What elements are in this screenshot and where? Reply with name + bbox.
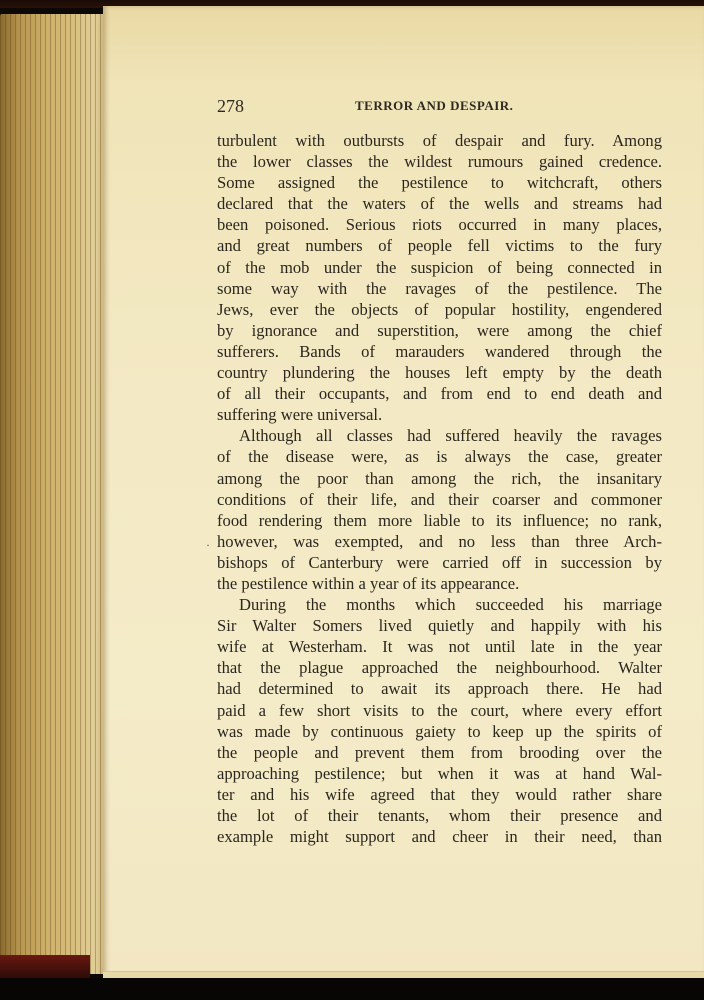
text-line: of the mob under the suspicion of being … [217,257,662,278]
text-line: and great numbers of people fell victims… [217,235,662,256]
text-line: been poisoned. Serious riots occurred in… [217,214,662,235]
book-page-edges [0,14,104,974]
text-line: During the months which succeeded his ma… [217,594,662,615]
text-line: Some assigned the pestilence to witchcra… [217,172,662,193]
page-header: 278 TERROR AND DESPAIR. [217,96,661,118]
text-line: of the disease were, as is always the ca… [217,446,662,467]
text-line: conditions of their life, and their coar… [217,489,662,510]
running-head: TERROR AND DESPAIR. [355,98,513,114]
text-line: was made by continuous gaiety to keep up… [217,721,662,742]
page-number: 278 [217,96,244,117]
body-text: turbulent with outbursts of despair and … [217,130,662,847]
text-line: the pestilence within a year of its appe… [217,573,662,594]
text-line: among the poor than among the rich, the … [217,468,662,489]
text-line: the lot of their tenants, whom their pre… [217,805,662,826]
text-line: some way with the ravages of the pestile… [217,278,662,299]
text-line: by ignorance and superstition, were amon… [217,320,662,341]
margin-mark: · [206,538,210,553]
text-line: of all their occupants, and from end to … [217,383,662,404]
text-line: country plundering the houses left empty… [217,362,662,383]
text-line: the people and prevent them from broodin… [217,742,662,763]
text-line: turbulent with outbursts of despair and … [217,130,662,151]
text-line: wife at Westerham. It was not until late… [217,636,662,657]
text-line: suffering were universal. [217,404,662,425]
text-line: paid a few short visits to the court, wh… [217,700,662,721]
text-line: bishops of Canterbury were carried off i… [217,552,662,573]
text-line: had determined to await its approach the… [217,678,662,699]
scan-bottom-border [0,978,704,1000]
text-line: sufferers. Bands of marauders wandered t… [217,341,662,362]
text-line: example might support and cheer in their… [217,826,662,847]
text-line: approaching pestilence; but when it was … [217,763,662,784]
text-line: ter and his wife agreed that they would … [217,784,662,805]
text-line: Jews, ever the objects of popular hostil… [217,299,662,320]
text-line: declared that the waters of the wells an… [217,193,662,214]
text-line: Sir Walter Somers lived quietly and happ… [217,615,662,636]
text-line: food rendering them more liable to its i… [217,510,662,531]
text-line: that the plague approached the neighbour… [217,657,662,678]
text-line: the lower classes the wildest rumours ga… [217,151,662,172]
text-line: Although all classes had suffered heavil… [217,425,662,446]
text-line: however, was exempted, and no less than … [217,531,662,552]
